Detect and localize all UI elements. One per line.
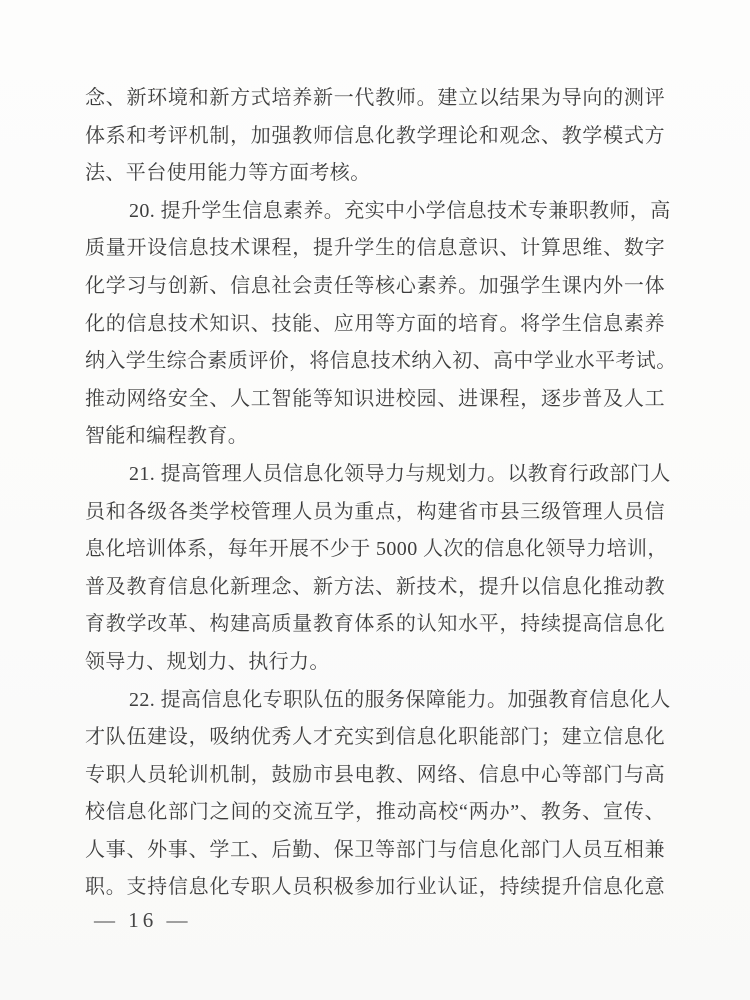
text-line: 普及教育信息化新理念、新方法、新技术，提升以信息化推动教 bbox=[85, 569, 665, 607]
para-21: 21. 提高管理人员信息化领导力与规划力。以教育行政部门人员和各级各类学校管理人… bbox=[85, 456, 665, 682]
text-line: 21. 提高管理人员信息化领导力与规划力。以教育行政部门人 bbox=[85, 456, 665, 494]
text-line: 职。支持信息化专职人员积极参加行业认证，持续提升信息化意 bbox=[85, 869, 665, 907]
text-line: 纳入学生综合素质评价，将信息技术纳入初、高中学业水平考试。 bbox=[85, 343, 665, 381]
para-19-continuation: 念、新环境和新方式培养新一代教师。建立以结果为导向的测评体系和考评机制，加强教师… bbox=[85, 80, 665, 193]
page-number: — 16 — bbox=[94, 908, 192, 933]
document-page: 念、新环境和新方式培养新一代教师。建立以结果为导向的测评体系和考评机制，加强教师… bbox=[0, 0, 750, 1000]
text-line: 人事、外事、学工、后勤、保卫等部门与信息化部门人员互相兼 bbox=[85, 832, 665, 870]
text-line: 体系和考评机制，加强教师信息化教学理论和观念、教学模式方 bbox=[85, 118, 665, 156]
text-line: 专职人员轮训机制，鼓励市县电教、网络、信息中心等部门与高 bbox=[85, 757, 665, 795]
text-line: 法、平台使用能力等方面考核。 bbox=[85, 155, 665, 193]
text-line: 才队伍建设，吸纳优秀人才充实到信息化职能部门；建立信息化 bbox=[85, 719, 665, 757]
text-line: 领导力、规划力、执行力。 bbox=[85, 644, 665, 682]
text-line: 化学习与创新、信息社会责任等核心素养。加强学生课内外一体 bbox=[85, 268, 665, 306]
para-22: 22. 提高信息化专职队伍的服务保障能力。加强教育信息化人才队伍建设，吸纳优秀人… bbox=[85, 682, 665, 908]
para-20: 20. 提升学生信息素养。充实中小学信息技术专兼职教师，高质量开设信息技术课程，… bbox=[85, 193, 665, 456]
text-line: 智能和编程教育。 bbox=[85, 418, 665, 456]
text-line: 息化培训体系，每年开展不少于 5000 人次的信息化领导力培训， bbox=[85, 531, 665, 569]
text-line: 化的信息技术知识、技能、应用等方面的培育。将学生信息素养 bbox=[85, 306, 665, 344]
text-line: 质量开设信息技术课程，提升学生的信息意识、计算思维、数字 bbox=[85, 230, 665, 268]
text-line: 育教学改革、构建高质量教育体系的认知水平，持续提高信息化 bbox=[85, 606, 665, 644]
text-line: 念、新环境和新方式培养新一代教师。建立以结果为导向的测评 bbox=[85, 80, 665, 118]
document-body: 念、新环境和新方式培养新一代教师。建立以结果为导向的测评体系和考评机制，加强教师… bbox=[85, 80, 665, 907]
text-line: 校信息化部门之间的交流互学，推动高校“两办”、教务、宣传、 bbox=[85, 794, 665, 832]
text-line: 20. 提升学生信息素养。充实中小学信息技术专兼职教师，高 bbox=[85, 193, 665, 231]
text-line: 22. 提高信息化专职队伍的服务保障能力。加强教育信息化人 bbox=[85, 682, 665, 720]
text-line: 推动网络安全、人工智能等知识进校园、进课程，逐步普及人工 bbox=[85, 381, 665, 419]
text-line: 员和各级各类学校管理人员为重点，构建省市县三级管理人员信 bbox=[85, 494, 665, 532]
